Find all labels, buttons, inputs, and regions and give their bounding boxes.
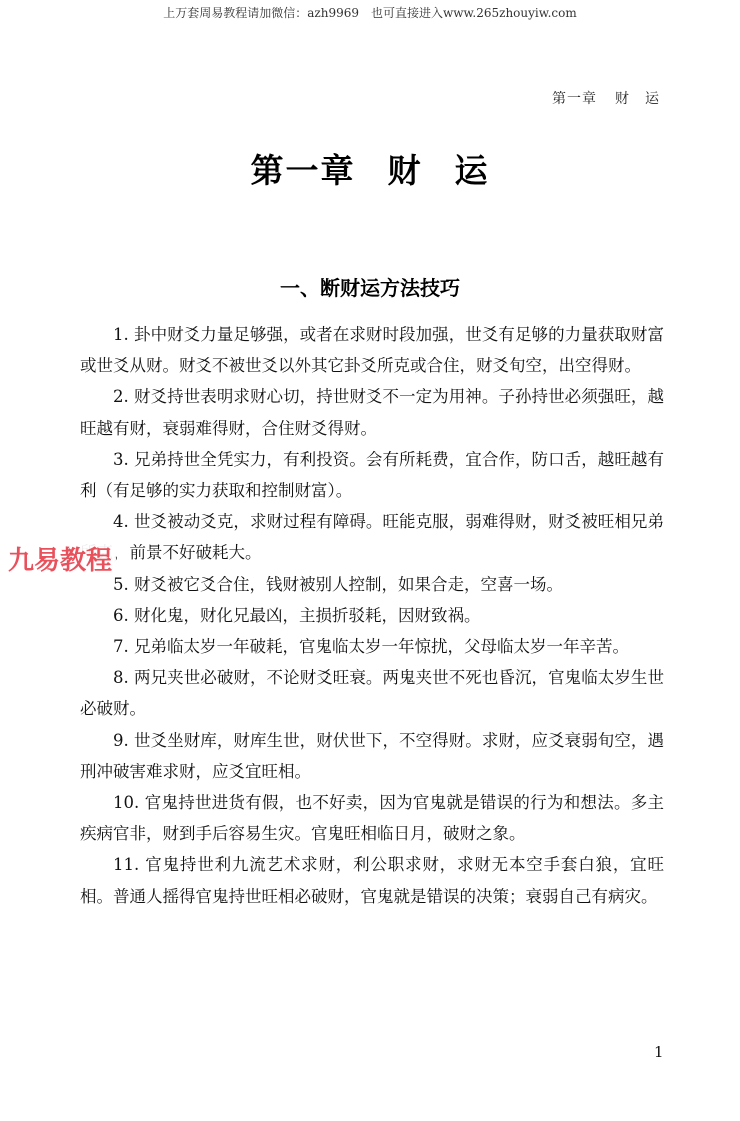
paragraph: 4. 世爻被动爻克，求财过程有障碍。旺能克服，弱难得财，财爻被旺相兄弟所克，前景…: [80, 506, 664, 568]
paragraph: 10. 官鬼持世进货有假，也不好卖，因为官鬼就是错误的行为和想法。多主疾病官非，…: [80, 787, 664, 849]
paragraph: 5. 财爻被它爻合住，钱财被别人控制，如果合走，空喜一场。: [80, 569, 664, 600]
body-text: 1. 卦中财爻力量足够强，或者在求财时段加强，世爻有足够的力量获取财富或世爻从财…: [80, 319, 664, 912]
paragraph: 3. 兄弟持世全凭实力，有利投资。会有所耗费，宜合作，防口舌，越旺越有利（有足够…: [80, 444, 664, 506]
running-header: 第一章财 运: [552, 88, 660, 108]
paragraph: 6. 财化鬼，财化兄最凶，主损折驳耗，因财致祸。: [80, 600, 664, 631]
top-banner: 上万套周易教程请加微信：azh9969 也可直接进入www.265zhouyiw…: [0, 4, 740, 21]
chapter-number: 第一章: [251, 151, 356, 190]
paragraph: 8. 两兄夹世必破财，不论财爻旺衰。两鬼夹世不死也昏沉，官鬼临太岁生世必破财。: [80, 662, 664, 724]
watermark-logo: 九易教程: [8, 540, 116, 577]
paragraph: 9. 世爻坐财库，财库生世，财伏世下，不空得财。求财，应爻衰弱旬空，遇刑冲破害难…: [80, 725, 664, 787]
paragraph: 7. 兄弟临太岁一年破耗，官鬼临太岁一年惊扰，父母临太岁一年辛苦。: [80, 631, 664, 662]
paragraph: 2. 财爻持世表明求财心切，持世财爻不一定为用神。子孙持世必须强旺，越旺越有财，…: [80, 381, 664, 443]
running-header-chapter: 第一章: [552, 91, 597, 107]
chapter-title-part1: 财: [388, 151, 423, 190]
running-header-title: 财 运: [615, 91, 660, 107]
chapter-title-part2: 运: [455, 151, 490, 190]
section-heading: 一、断财运方法技巧: [0, 272, 740, 301]
paragraph: 11. 官鬼持世利九流艺术求财，利公职求财，求财无本空手套白狼，宜旺相。普通人摇…: [80, 849, 664, 911]
page-number: 1: [654, 1043, 664, 1061]
paragraph: 1. 卦中财爻力量足够强，或者在求财时段加强，世爻有足够的力量获取财富或世爻从财…: [80, 319, 664, 381]
chapter-title: 第一章财运: [0, 145, 740, 192]
